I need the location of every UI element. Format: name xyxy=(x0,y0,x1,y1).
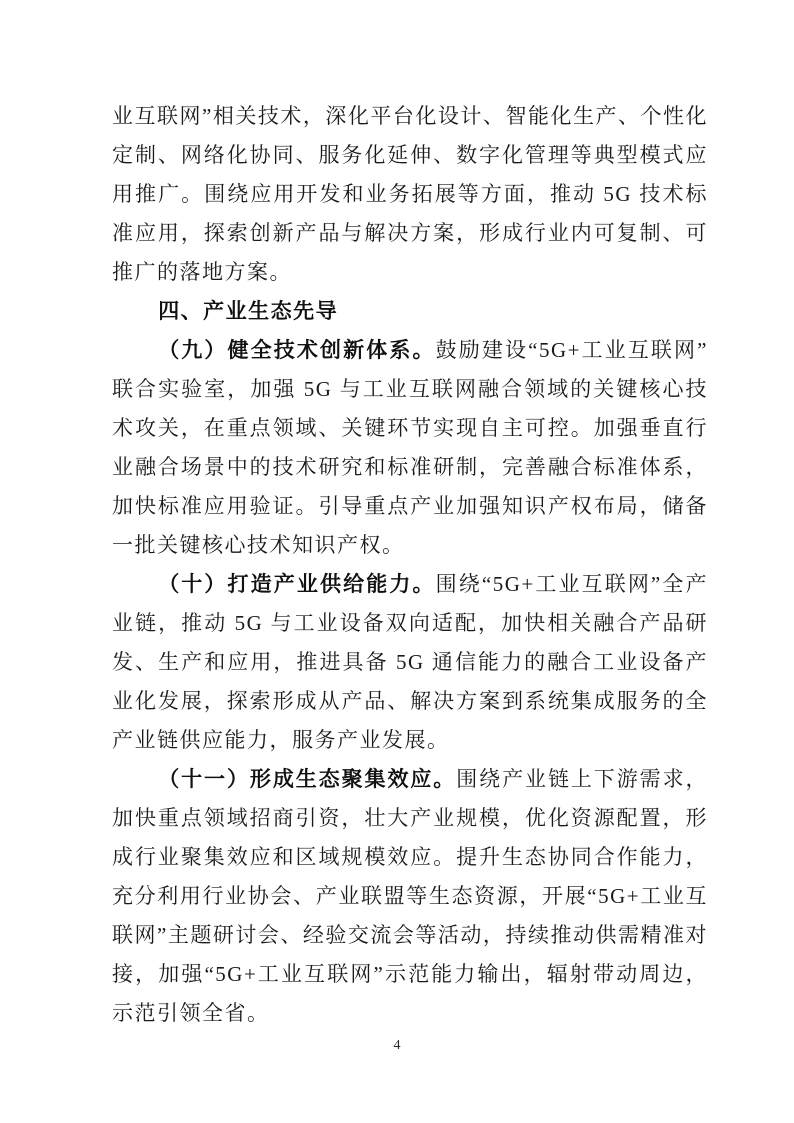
section-heading: 四、产业生态先导 xyxy=(112,292,708,331)
paragraph-item-11-lead: （十一）形成生态聚集效应。 xyxy=(158,768,456,791)
paragraph-item-9-text: 鼓励建设“5G+工业互联网”联合实验室，加强 5G 与工业互联网融合领域的关键核… xyxy=(112,338,708,557)
page-number: 4 xyxy=(0,1036,794,1056)
paragraph-item-10: （十）打造产业供给能力。围绕“5G+工业互联网”全产业链，推动 5G 与工业设备… xyxy=(112,565,708,760)
paragraph-item-10-lead: （十）打造产业供给能力。 xyxy=(158,573,435,596)
paragraph-item-11-text: 围绕产业链上下游需求，加快重点领域招商引资，壮大产业规模，优化资源配置，形成行业… xyxy=(112,767,708,1025)
document-body: 业互联网”相关技术，深化平台化设计、智能化生产、个性化定制、网络化协同、服务化延… xyxy=(112,97,708,1033)
paragraph-item-9-lead: （九）健全技术创新体系。 xyxy=(158,339,435,362)
document-page: 业互联网”相关技术，深化平台化设计、智能化生产、个性化定制、网络化协同、服务化延… xyxy=(0,0,794,1123)
paragraph-item-11: （十一）形成生态聚集效应。围绕产业链上下游需求，加快重点领域招商引资，壮大产业规… xyxy=(112,760,708,1033)
paragraph-item-9: （九）健全技术创新体系。鼓励建设“5G+工业互联网”联合实验室，加强 5G 与工… xyxy=(112,331,708,565)
paragraph-continuation: 业互联网”相关技术，深化平台化设计、智能化生产、个性化定制、网络化协同、服务化延… xyxy=(112,97,708,292)
paragraph-item-10-text: 围绕“5G+工业互联网”全产业链，推动 5G 与工业设备双向适配，加快相关融合产… xyxy=(112,572,708,752)
